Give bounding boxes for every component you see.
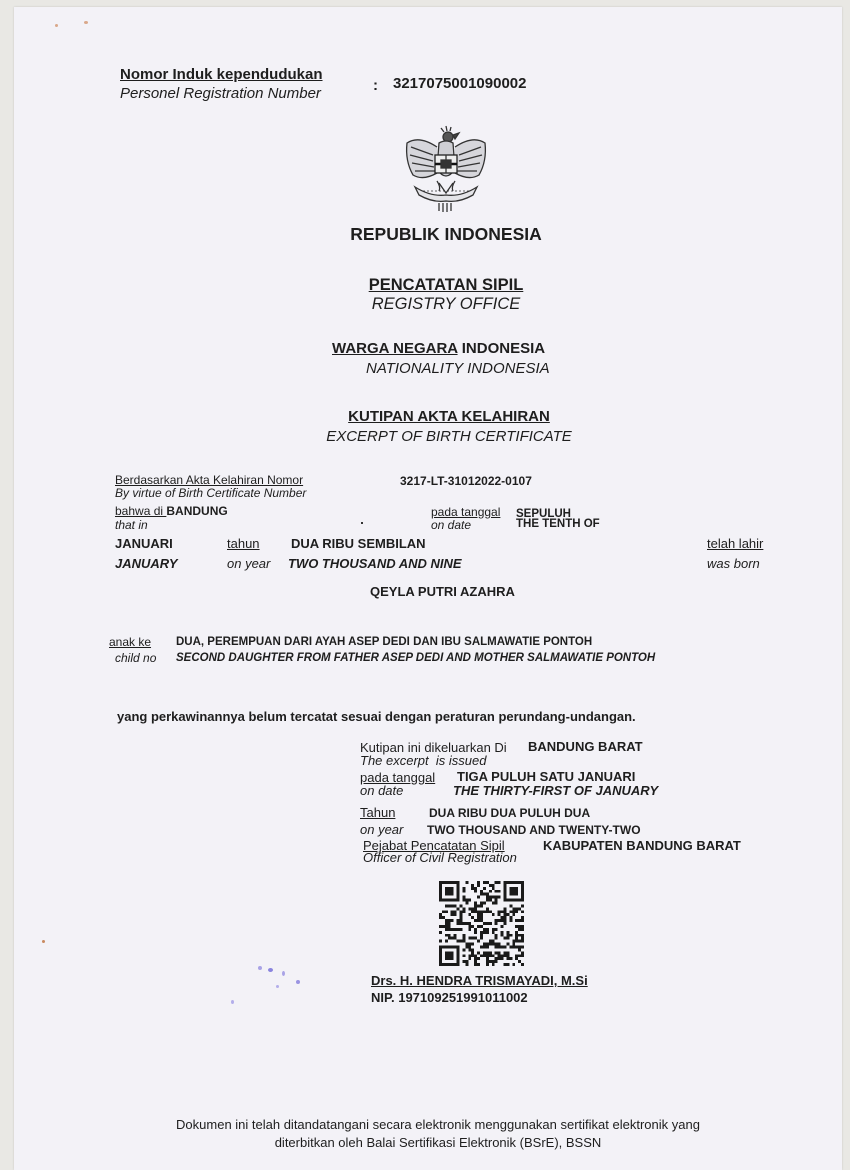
document-title: KUTIPAN AKTA KELAHIRAN xyxy=(0,408,850,425)
signatory-name: Drs. H. HENDRA TRISMAYADI, M.Si xyxy=(371,973,588,988)
birth-place-value: BANDUNG xyxy=(166,504,227,518)
issued-year-label: Tahun xyxy=(360,805,395,820)
scan-speck xyxy=(42,940,45,943)
nik-value: 3217075001090002 xyxy=(393,75,526,92)
nationality-value: INDONESIA xyxy=(462,340,545,357)
issued-year-label-english: on year xyxy=(360,822,403,837)
marriage-note: yang perkawinannya belum tercatat sesuai… xyxy=(117,709,636,724)
ink-speck xyxy=(276,985,279,988)
birth-year-english: TWO THOUSAND AND NINE xyxy=(288,556,462,571)
ink-speck xyxy=(258,966,262,970)
qr-code-icon[interactable] xyxy=(439,881,524,966)
issued-label-english: The excerpt is issued xyxy=(360,754,486,768)
child-description: DUA, PEREMPUAN DARI AYAH ASEP DEDI DAN I… xyxy=(176,636,592,648)
footer-line-1: Dokumen ini telah ditandatangani secara … xyxy=(0,1117,850,1132)
issued-place: BANDUNG BARAT xyxy=(528,739,643,754)
scan-speck xyxy=(84,21,88,24)
cert-number-value: 3217-LT-31012022-0107 xyxy=(400,474,532,488)
child-description-english: SECOND DAUGHTER FROM FATHER ASEP DEDI AN… xyxy=(176,652,655,664)
country-title: REPUBLIK INDONESIA xyxy=(0,224,850,245)
child-name: QEYLA PUTRI AZAHRA xyxy=(370,584,515,599)
birth-year-label: tahun xyxy=(227,536,260,551)
issued-year-english: TWO THOUSAND AND TWENTY-TWO xyxy=(427,823,641,837)
signatory-nip: NIP. 197109251991011002 xyxy=(371,990,528,1005)
birth-day-value-english: THE TENTH OF xyxy=(516,518,600,530)
nik-label-english: Personel Registration Number xyxy=(120,85,321,102)
ink-speck xyxy=(268,968,273,972)
birth-date-label: pada tanggal xyxy=(431,505,500,519)
nationality-label: WARGA NEGARA xyxy=(332,340,458,357)
birth-place-line: bahwa di BANDUNG xyxy=(115,504,228,518)
issued-date-label-english: on date xyxy=(360,784,403,798)
child-no-label: anak ke xyxy=(109,635,151,649)
nik-label: Nomor Induk kependudukan xyxy=(120,66,323,83)
birth-place-label-english: that in xyxy=(115,518,148,532)
birth-year: DUA RIBU SEMBILAN xyxy=(291,536,426,551)
ink-speck xyxy=(231,1000,234,1004)
office-title-english: REGISTRY OFFICE xyxy=(0,295,850,314)
born-label: telah lahir xyxy=(707,536,763,551)
issued-date: TIGA PULUH SATU JANUARI xyxy=(457,769,635,784)
birth-month-english: JANUARY xyxy=(115,556,178,571)
garuda-emblem-icon xyxy=(401,125,491,215)
birth-month: JANUARI xyxy=(115,536,173,551)
footer-line-2: diterbitkan oleh Balai Sertifikasi Elekt… xyxy=(0,1135,850,1150)
nationality-title: WARGA NEGARA INDONESIA xyxy=(332,340,545,357)
office-title: PENCATATAN SIPIL xyxy=(0,276,850,295)
scan-dot xyxy=(361,522,363,524)
document-title-english: EXCERPT OF BIRTH CERTIFICATE xyxy=(0,428,850,445)
issued-year: DUA RIBU DUA PULUH DUA xyxy=(429,806,590,820)
issued-date-english: THE THIRTY-FIRST OF JANUARY xyxy=(453,783,658,798)
ink-speck xyxy=(296,980,300,984)
nik-separator: : xyxy=(373,77,378,94)
born-label-english: was born xyxy=(707,556,760,571)
nationality-english: NATIONALITY INDONESIA xyxy=(366,360,550,377)
officer-region: KABUPATEN BANDUNG BARAT xyxy=(543,838,741,853)
birth-date-label-english: on date xyxy=(431,518,471,532)
ink-speck xyxy=(282,971,285,976)
birth-year-label-english: on year xyxy=(227,556,270,571)
scan-speck xyxy=(55,24,58,27)
cert-number-label-english: By virtue of Birth Certificate Number xyxy=(115,487,306,500)
cert-number-label: Berdasarkan Akta Kelahiran Nomor xyxy=(115,474,303,487)
child-no-label-english: child no xyxy=(115,651,156,665)
birth-place-label: bahwa di xyxy=(115,504,166,518)
officer-label-english: Officer of Civil Registration xyxy=(363,851,517,865)
